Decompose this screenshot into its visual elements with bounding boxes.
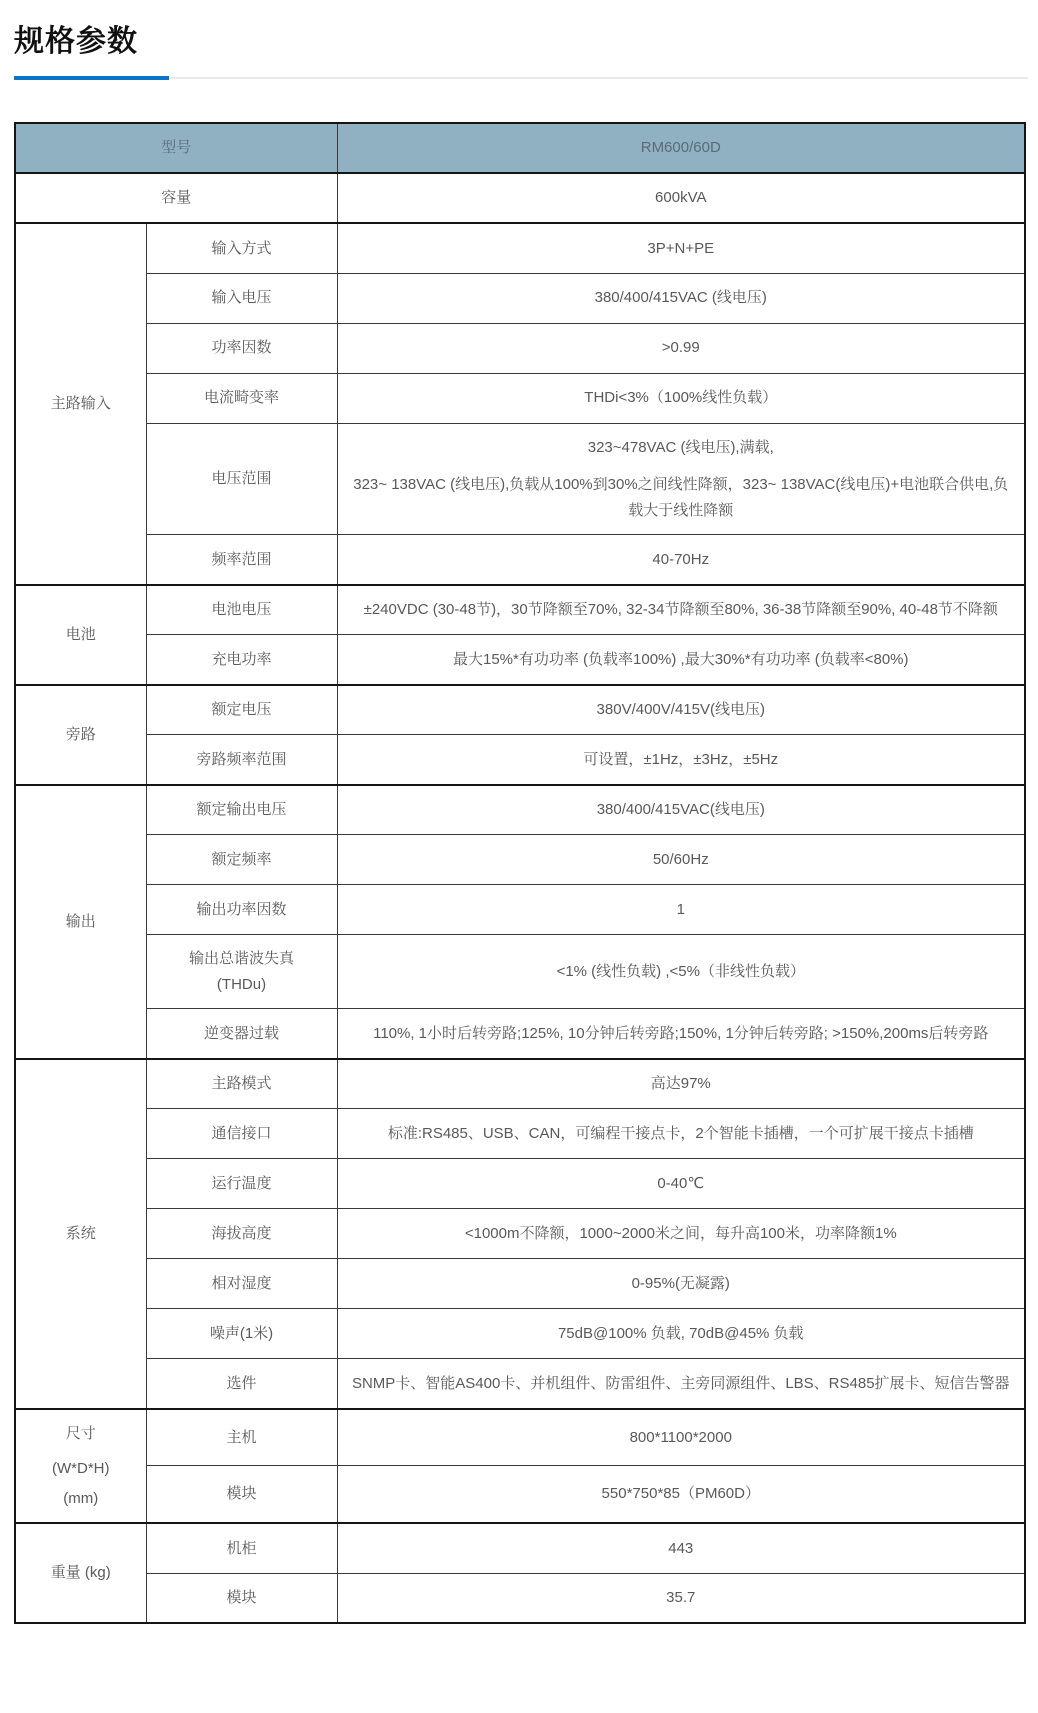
spec-label-cell: 主机 xyxy=(146,1409,337,1466)
spec-value-cell: 380V/400V/415V(线电压) xyxy=(337,685,1025,735)
spec-label-cell: 旁路频率范围 xyxy=(146,735,337,785)
spec-row: 电压范围323~478VAC (线电压),满载,323~ 138VAC (线电压… xyxy=(15,423,1025,535)
spec-label-cell: 额定输出电压 xyxy=(146,785,337,835)
section-group-cell-line: 尺寸 xyxy=(30,1421,132,1447)
title-underline-accent xyxy=(14,76,169,80)
spec-label-cell: 主路模式 xyxy=(146,1059,337,1109)
spec-row: 模块550*750*85（PM60D） xyxy=(15,1466,1025,1523)
spec-row: 旁路频率范围可设置，±1Hz，±3Hz，±5Hz xyxy=(15,735,1025,785)
page-title: 规格参数 xyxy=(14,24,1024,60)
spec-row: 输出功率因数1 xyxy=(15,885,1025,935)
spec-value-cell: 3P+N+PE xyxy=(337,223,1025,273)
spec-label-cell: 输出总谐波失真(THDu) xyxy=(146,935,337,1009)
model-header-row: 型号RM600/60D xyxy=(15,123,1025,173)
section-group-cell-line: (mm) xyxy=(30,1486,132,1512)
section-group-cell: 旁路 xyxy=(15,685,146,785)
spec-row: 功率因数>0.99 xyxy=(15,323,1025,373)
spec-row: 相对湿度0-95%(无凝露) xyxy=(15,1259,1025,1309)
spec-row: 主路输入输入方式3P+N+PE xyxy=(15,223,1025,273)
spec-table: 型号RM600/60D容量600kVA主路输入输入方式3P+N+PE输入电压38… xyxy=(14,122,1026,1624)
spec-label-cell: 输出功率因数 xyxy=(146,885,337,935)
spec-label-cell: 模块 xyxy=(146,1573,337,1623)
spec-label-cell: 相对湿度 xyxy=(146,1259,337,1309)
spec-label-cell: 逆变器过载 xyxy=(146,1009,337,1059)
spec-value-cell: 0-40℃ xyxy=(337,1159,1025,1209)
section-group-cell: 输出 xyxy=(15,785,146,1059)
spec-label-cell: 海拔高度 xyxy=(146,1209,337,1259)
spec-value-cell: 标准:RS485、USB、CAN，可编程干接点卡，2个智能卡插槽，一个可扩展干接… xyxy=(337,1109,1025,1159)
spec-label-cell: 输入电压 xyxy=(146,273,337,323)
spec-value-cell: 50/60Hz xyxy=(337,835,1025,885)
spec-value-cell: 最大15%*有功功率 (负载率100%) ,最大30%*有功功率 (负载率<80… xyxy=(337,635,1025,685)
spec-row: 模块35.7 xyxy=(15,1573,1025,1623)
spec-row: 尺寸(W*D*H)(mm)主机800*1100*2000 xyxy=(15,1409,1025,1466)
spec-label-cell: 通信接口 xyxy=(146,1109,337,1159)
spec-row: 频率范围40-70Hz xyxy=(15,535,1025,585)
spec-value-cell: 110%, 1小时后转旁路;125%, 10分钟后转旁路;150%, 1分钟后转… xyxy=(337,1009,1025,1059)
spec-row: 输入电压380/400/415VAC (线电压) xyxy=(15,273,1025,323)
spec-row: 充电功率最大15%*有功功率 (负载率100%) ,最大30%*有功功率 (负载… xyxy=(15,635,1025,685)
capacity-label-cell: 容量 xyxy=(15,173,337,223)
spec-label-cell: 运行温度 xyxy=(146,1159,337,1209)
spec-label-cell: 频率范围 xyxy=(146,535,337,585)
section-group-cell: 电池 xyxy=(15,585,146,685)
spec-value-cell: 1 xyxy=(337,885,1025,935)
spec-value-cell: ±240VDC (30-48节)，30节降额至70%, 32-34节降额至80%… xyxy=(337,585,1025,635)
spec-label-cell: 额定电压 xyxy=(146,685,337,735)
spec-value-cell: <1000m不降额，1000~2000米之间，每升高100米，功率降额1% xyxy=(337,1209,1025,1259)
spec-value-cell-line: 323~ 138VAC (线电压),负载从100%到30%之间线性降额，323~… xyxy=(352,472,1011,523)
section-group-cell: 尺寸(W*D*H)(mm) xyxy=(15,1409,146,1524)
spec-row: 电流畸变率THDi<3%（100%线性负载） xyxy=(15,373,1025,423)
spec-label-cell-line: (THDu) xyxy=(161,972,323,998)
spec-value-cell: 40-70Hz xyxy=(337,535,1025,585)
spec-label-cell: 选件 xyxy=(146,1359,337,1409)
spec-label-cell: 噪声(1米) xyxy=(146,1309,337,1359)
spec-label-cell: 额定频率 xyxy=(146,835,337,885)
spec-value-cell: 443 xyxy=(337,1523,1025,1573)
spec-row: 额定频率50/60Hz xyxy=(15,835,1025,885)
spec-label-cell: 电压范围 xyxy=(146,423,337,535)
spec-row: 输出总谐波失真(THDu)<1% (线性负载) ,<5%（非线性负载） xyxy=(15,935,1025,1009)
spec-value-cell: <1% (线性负载) ,<5%（非线性负载） xyxy=(337,935,1025,1009)
spec-row: 选件SNMP卡、智能AS400卡、并机组件、防雷组件、主旁同源组件、LBS、RS… xyxy=(15,1359,1025,1409)
section-group-cell: 主路输入 xyxy=(15,223,146,585)
spec-row: 系统主路模式高达97% xyxy=(15,1059,1025,1109)
model-label-cell: 型号 xyxy=(15,123,337,173)
spec-value-cell: 0-95%(无凝露) xyxy=(337,1259,1025,1309)
spec-page: 规格参数 型号RM600/60D容量600kVA主路输入输入方式3P+N+PE输… xyxy=(0,0,1038,1669)
spec-label-cell: 模块 xyxy=(146,1466,337,1523)
spec-value-cell: 323~478VAC (线电压),满载,323~ 138VAC (线电压),负载… xyxy=(337,423,1025,535)
capacity-value-cell: 600kVA xyxy=(337,173,1025,223)
spec-label-cell: 电流畸变率 xyxy=(146,373,337,423)
capacity-row: 容量600kVA xyxy=(15,173,1025,223)
spec-value-cell: 可设置，±1Hz，±3Hz，±5Hz xyxy=(337,735,1025,785)
spec-row: 噪声(1米)75dB@100% 负载, 70dB@45% 负载 xyxy=(15,1309,1025,1359)
section-group-cell: 系统 xyxy=(15,1059,146,1409)
spec-value-cell: 550*750*85（PM60D） xyxy=(337,1466,1025,1523)
spec-value-cell: SNMP卡、智能AS400卡、并机组件、防雷组件、主旁同源组件、LBS、RS48… xyxy=(337,1359,1025,1409)
spec-row: 运行温度0-40℃ xyxy=(15,1159,1025,1209)
spec-row: 电池电池电压±240VDC (30-48节)，30节降额至70%, 32-34节… xyxy=(15,585,1025,635)
spec-label-cell: 充电功率 xyxy=(146,635,337,685)
spec-label-cell: 功率因数 xyxy=(146,323,337,373)
spec-row: 重量 (kg)机柜443 xyxy=(15,1523,1025,1573)
spec-row: 输出额定输出电压380/400/415VAC(线电压) xyxy=(15,785,1025,835)
spec-value-cell: THDi<3%（100%线性负载） xyxy=(337,373,1025,423)
title-underline xyxy=(14,76,1028,80)
spec-row: 旁路额定电压380V/400V/415V(线电压) xyxy=(15,685,1025,735)
spec-label-cell: 机柜 xyxy=(146,1523,337,1573)
spec-row: 通信接口标准:RS485、USB、CAN，可编程干接点卡，2个智能卡插槽，一个可… xyxy=(15,1109,1025,1159)
spec-value-cell: 800*1100*2000 xyxy=(337,1409,1025,1466)
spec-value-cell: 380/400/415VAC (线电压) xyxy=(337,273,1025,323)
spec-row: 逆变器过载110%, 1小时后转旁路;125%, 10分钟后转旁路;150%, … xyxy=(15,1009,1025,1059)
spec-value-cell: 75dB@100% 负载, 70dB@45% 负载 xyxy=(337,1309,1025,1359)
spec-row: 海拔高度<1000m不降额，1000~2000米之间，每升高100米，功率降额1… xyxy=(15,1209,1025,1259)
model-value-cell: RM600/60D xyxy=(337,123,1025,173)
spec-value-cell: 高达97% xyxy=(337,1059,1025,1109)
spec-value-cell-line: 323~478VAC (线电压),满载, xyxy=(352,435,1011,461)
spec-value-cell: 380/400/415VAC(线电压) xyxy=(337,785,1025,835)
spec-label-cell-line: 输出总谐波失真 xyxy=(161,946,323,972)
section-group-cell-line: (W*D*H) xyxy=(30,1456,132,1482)
spec-value-cell: 35.7 xyxy=(337,1573,1025,1623)
spec-label-cell: 输入方式 xyxy=(146,223,337,273)
spec-value-cell: >0.99 xyxy=(337,323,1025,373)
section-group-cell: 重量 (kg) xyxy=(15,1523,146,1623)
spec-label-cell: 电池电压 xyxy=(146,585,337,635)
